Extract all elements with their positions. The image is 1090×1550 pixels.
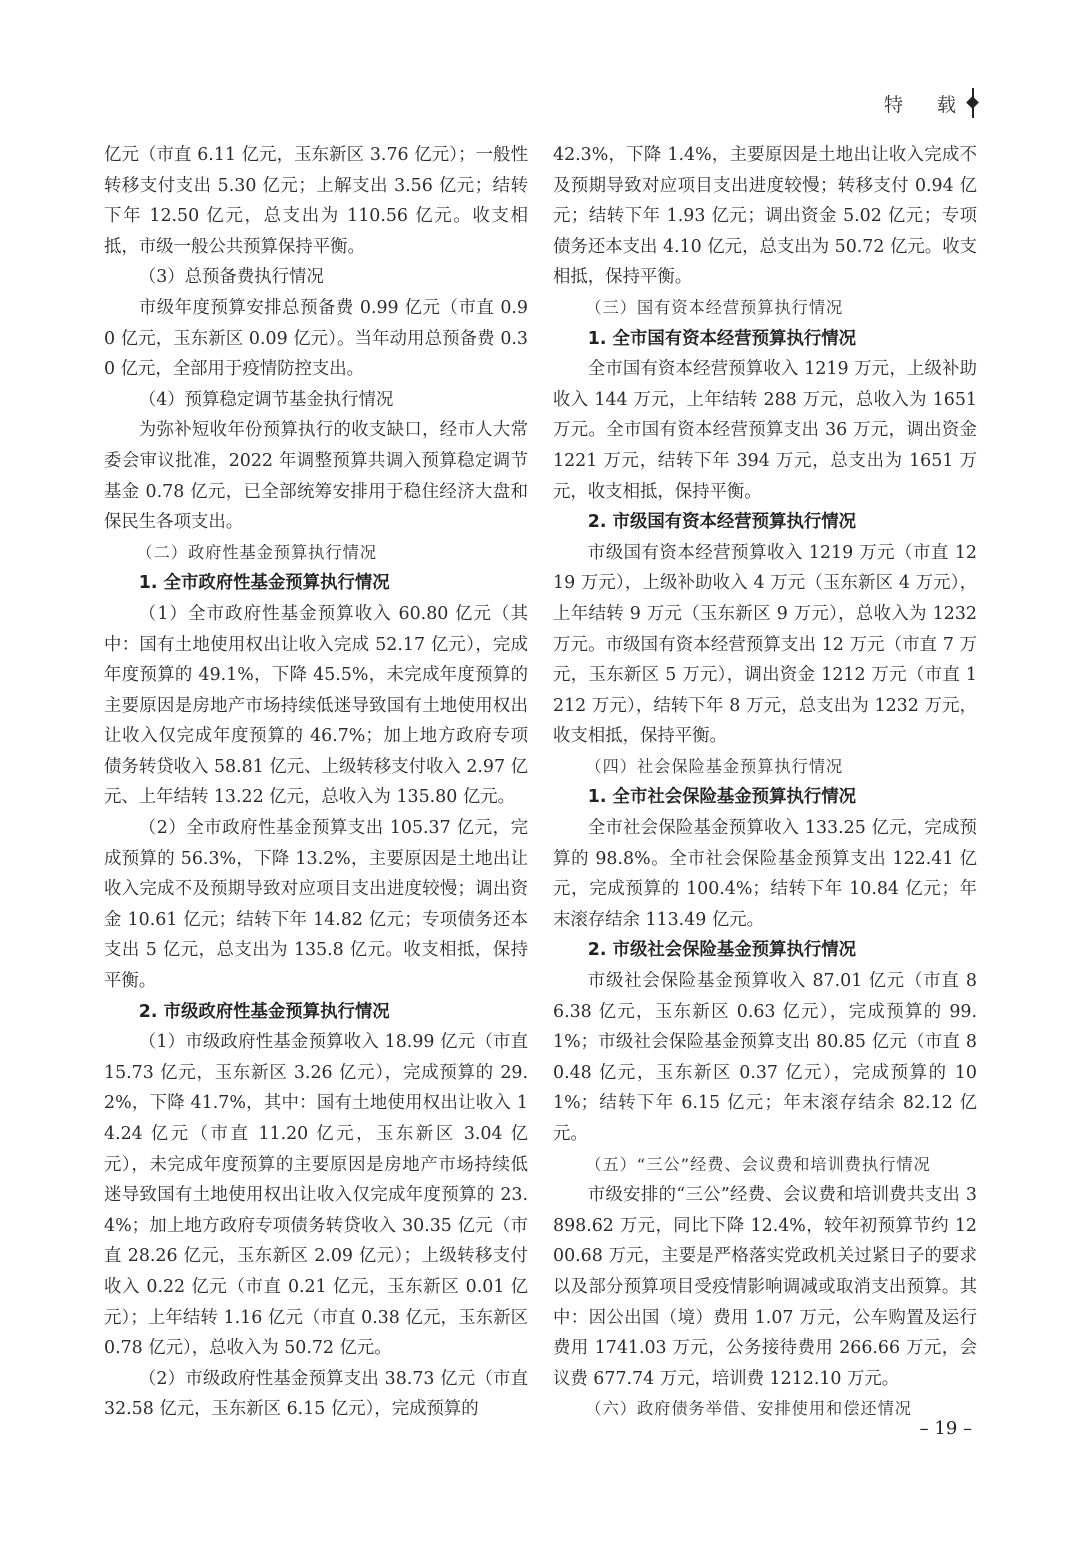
section-heading: （五）“三公”经费、会议费和培训费执行情况 (553, 1150, 977, 1181)
section-heading: （六）政府债务举借、安排使用和偿还情况 (553, 1394, 977, 1425)
paragraph: （2）市级政府性基金预算支出 38.73 亿元（市直 32.58 亿元，玉东新区… (104, 1364, 528, 1425)
right-column: 42.3%，下降 1.4%，主要原因是土地出让收入完成不及预期导致对应项目支出进… (553, 140, 977, 1425)
paragraph: 42.3%，下降 1.4%，主要原因是土地出让收入完成不及预期导致对应项目支出进… (553, 140, 977, 293)
section-title: 特 载 (884, 90, 970, 117)
subsection-heading: （3）总预备费执行情况 (104, 262, 528, 293)
paragraph: 全市国有资本经营预算收入 1219 万元，上级补助收入 144 万元，上年结转 … (553, 354, 977, 507)
paragraph: 市级安排的“三公”经费、会议费和培训费共支出 3898.62 万元，同比下降 1… (553, 1180, 977, 1394)
paragraph: 亿元（市直 6.11 亿元，玉东新区 3.76 亿元）；一般性转移支付支出 5.… (104, 140, 528, 262)
numbered-heading: 1. 全市国有资本经营预算执行情况 (553, 324, 977, 355)
diamond-rule-icon (966, 88, 980, 118)
paragraph: （1）全市政府性基金预算收入 60.80 亿元（其中：国有土地使用权出让收入完成… (104, 599, 528, 813)
paragraph: （2）全市政府性基金预算支出 105.37 亿元，完成预算的 56.3%，下降 … (104, 813, 528, 997)
page-number: – 19 – (920, 1418, 972, 1439)
numbered-heading: 1. 全市社会保险基金预算执行情况 (553, 782, 977, 813)
numbered-heading: 1. 全市政府性基金预算执行情况 (104, 568, 528, 599)
paragraph: 为弥补短收年份预算执行的收支缺口，经市人大常委会审议批准，2022 年调整预算共… (104, 415, 528, 537)
running-header: 特 载 (884, 88, 980, 118)
numbered-heading: 2. 市级政府性基金预算执行情况 (104, 997, 528, 1028)
section-heading: （四）社会保险基金预算执行情况 (553, 752, 977, 783)
paragraph: （1）市级政府性基金预算收入 18.99 亿元（市直 15.73 亿元，玉东新区… (104, 1027, 528, 1364)
section-heading: （三）国有资本经营预算执行情况 (553, 293, 977, 324)
paragraph: 全市社会保险基金预算收入 133.25 亿元，完成预算的 98.8%。全市社会保… (553, 813, 977, 935)
paragraph: 市级社会保险基金预算收入 87.01 亿元（市直 86.38 亿元，玉东新区 0… (553, 966, 977, 1150)
paragraph: 市级年度预算安排总预备费 0.99 亿元（市直 0.90 亿元，玉东新区 0.0… (104, 293, 528, 385)
paragraph: 市级国有资本经营预算收入 1219 万元（市直 1219 万元），上级补助收入 … (553, 538, 977, 752)
left-column: 亿元（市直 6.11 亿元，玉东新区 3.76 亿元）；一般性转移支付支出 5.… (104, 140, 528, 1425)
section-heading: （二）政府性基金预算执行情况 (104, 538, 528, 569)
numbered-heading: 2. 市级国有资本经营预算执行情况 (553, 507, 977, 538)
subsection-heading: （4）预算稳定调节基金执行情况 (104, 385, 528, 416)
numbered-heading: 2. 市级社会保险基金预算执行情况 (553, 935, 977, 966)
